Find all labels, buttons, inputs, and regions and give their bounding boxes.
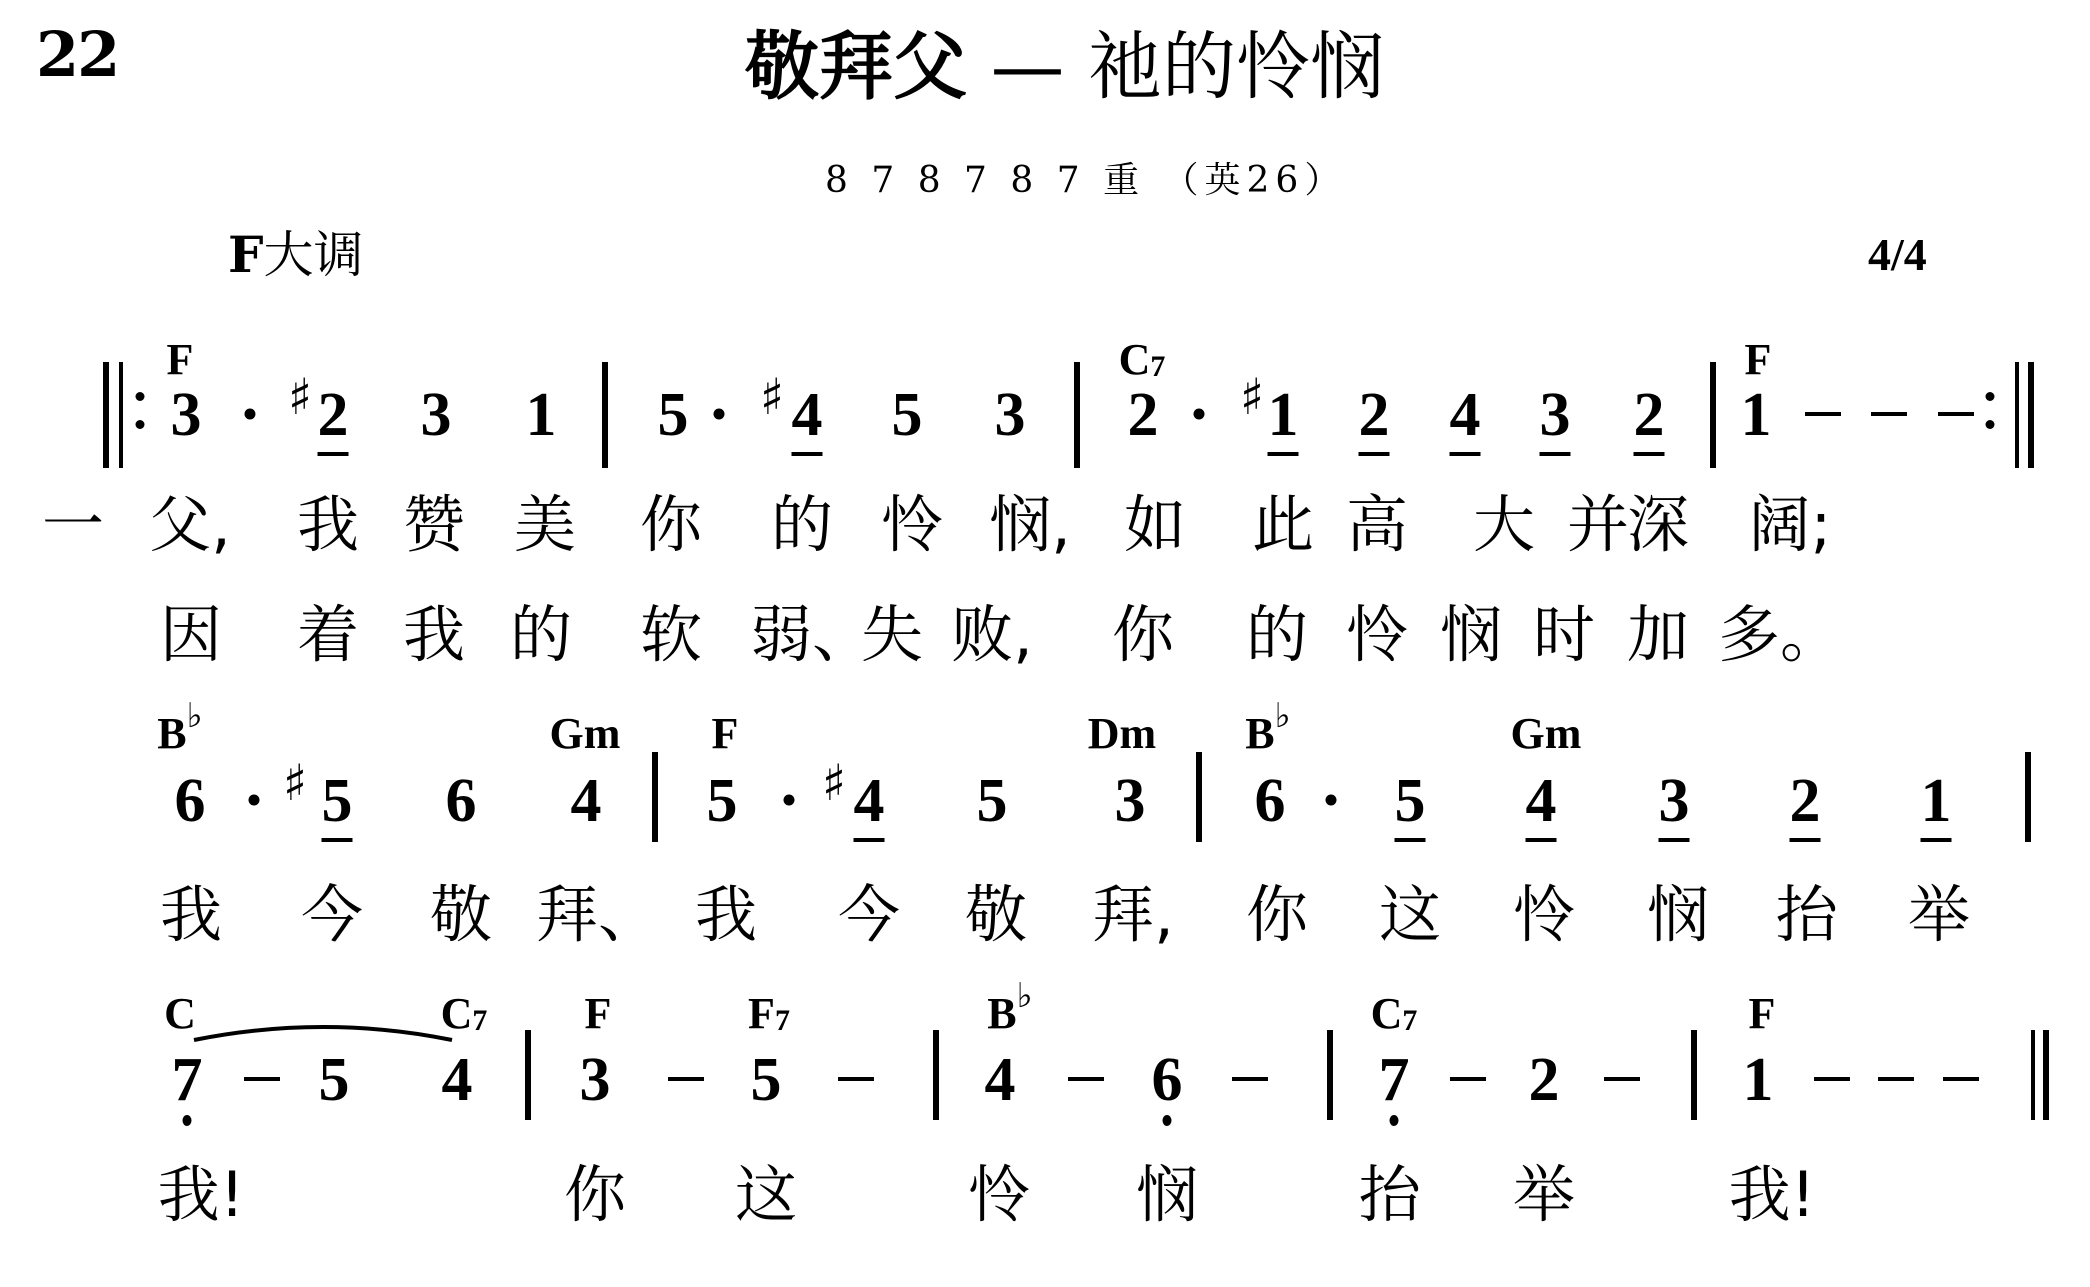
lyric-syllable: 软 [640,604,702,666]
lyric-syllable: 弱、 [750,604,874,666]
lyric-syllable: 的 [1246,604,1308,666]
note: 1 [1741,384,1772,446]
note: 2 [1529,1049,1560,1111]
note: 5 [751,1049,782,1111]
barline [602,362,608,468]
chord-symbol: C7 [441,992,488,1036]
lyric-syllable: 举 [1513,1164,1575,1226]
barline [119,362,123,468]
note: 7 [1379,1049,1410,1111]
barline [525,1030,531,1120]
chord-root: C [164,989,196,1038]
sustain-dash [1871,412,1907,416]
lyric-syllable: 父, [149,494,231,556]
chord-symbol: Gm [1511,712,1582,756]
lyric-syllable: 阔; [1749,494,1832,556]
lyric-syllable: 我 [160,884,222,946]
augmentation-dot [249,795,260,806]
note: 3 [1659,770,1690,832]
chord-root: B [157,709,186,758]
repeat-dot [136,392,145,401]
chord-extension: 7 [1150,350,1165,383]
chord-root: C [1119,335,1151,384]
sustain-dash [838,1077,874,1081]
chord-symbol: B♭ [987,992,1032,1036]
barline [1710,362,1716,468]
note: 2 [318,384,349,446]
note: 6 [175,770,206,832]
lyric-syllable: 今 [838,884,900,946]
lyric-syllable: 怜 [968,1164,1030,1226]
chord-symbol: F [585,992,612,1036]
note: 4 [1526,770,1557,832]
repeat-dot [136,420,145,429]
low-octave-dot [1390,1115,1399,1126]
sustain-dash [1604,1077,1640,1081]
barline [2025,752,2031,842]
sharp-icon: ♯ [760,372,784,422]
note: 4 [1450,384,1481,446]
lyric-syllable: 高 [1346,494,1408,556]
hymn-number: 22 [36,24,118,86]
lyric-syllable: 悯 [1136,1164,1198,1226]
note: 4 [792,384,823,446]
sharp-icon: ♯ [288,372,312,422]
barline [2015,362,2019,468]
lyric-syllable: 你 [564,1164,626,1226]
note: 4 [442,1049,473,1111]
note: 6 [446,770,477,832]
lyric-syllable: 拜、 [536,884,660,946]
lyric-syllable: 你 [1246,884,1308,946]
note: 3 [580,1049,611,1111]
time-signature: 4/4 [1868,232,1927,278]
barline [1196,752,1202,842]
chord-symbol: B♭ [157,712,202,756]
lyric-syllable: 敬 [965,884,1027,946]
chord-root: Gm [1511,709,1582,758]
page-title: 敬拜父 — 祂的怜悯 [745,30,1384,104]
barline [2028,362,2034,468]
barline [2043,1030,2049,1120]
note: 4 [854,770,885,832]
chord-root: Dm [1088,709,1156,758]
meter-label: 8 7 8 7 8 7 重 （英26） [825,163,1346,199]
lyric-syllable: 因 [160,604,222,666]
lyric-syllable: 悯 [1647,884,1709,946]
lyric-syllable: 拜, [1092,884,1174,946]
key-label: 大调 [264,226,364,284]
lyric-syllable: 你 [1112,604,1174,666]
chord-symbol: F [712,712,739,756]
note: 2 [1128,384,1159,446]
chord-root: F [748,989,775,1038]
lyric-syllable: 悯 [1440,604,1502,666]
lyric-syllable: 怜 [881,494,943,556]
lyric-syllable: 我 [297,494,359,556]
barline [1691,1030,1697,1120]
chord-extension: 7 [472,1004,487,1037]
chord-root: B [987,989,1016,1038]
lyric-syllable: 的 [510,604,572,666]
repeat-dot [1986,420,1995,429]
lyric-syllable: 这 [1379,884,1441,946]
sustain-dash [1878,1077,1914,1081]
chord-extension: 7 [1402,1004,1417,1037]
chord-symbol: C7 [1371,992,1418,1036]
note: 6 [1152,1049,1183,1111]
lyric-syllable: 举 [1908,884,1970,946]
sharp-icon: ♯ [1240,372,1264,422]
note: 4 [571,770,602,832]
chord-symbol: C7 [1119,338,1166,382]
lyric-syllable: 赞 [403,494,465,556]
note: 5 [319,1049,350,1111]
title-separator: — [967,24,1088,110]
sustain-dash [1943,1077,1979,1081]
note: 1 [526,384,557,446]
barline [1074,362,1080,468]
chord-root: F [1745,335,1772,384]
chord-root: F [1749,989,1776,1038]
lyric-syllable: 悯, [989,494,1071,556]
lyric-syllable: 失 [861,604,923,666]
chord-symbol: F [167,338,194,382]
sustain-dash [1068,1077,1104,1081]
lyric-syllable: 多。 [1718,604,1842,666]
chord-symbol: B♭ [1245,712,1290,756]
chord-root: F [712,709,739,758]
note: 3 [1115,770,1146,832]
note: 2 [1359,384,1390,446]
chord-symbol: C [164,992,196,1036]
lyric-syllable: 加 [1627,604,1689,666]
note: 2 [1790,770,1821,832]
note: 5 [1395,770,1426,832]
chord-symbol: F [1749,992,1776,1036]
note: 7 [172,1049,203,1111]
lyric-syllable: 大 [1473,494,1535,556]
lyric-syllable: 此 [1252,494,1314,556]
lyric-syllable: 我! [1729,1164,1816,1226]
barline [103,362,109,468]
key-letter: F [228,225,264,284]
augmentation-dot [245,409,256,420]
flat-icon: ♭ [187,698,203,735]
sharp-icon: ♯ [283,758,307,808]
note: 1 [1921,770,1952,832]
lyric-syllable: 我 [695,884,757,946]
sustain-dash [1805,412,1841,416]
flat-icon: ♭ [1275,698,1291,735]
chord-root: F [167,335,194,384]
chord-root: F [585,989,612,1038]
note: 5 [707,770,738,832]
note: 5 [658,384,689,446]
sustain-dash [1450,1077,1486,1081]
note: 5 [892,384,923,446]
note: 5 [322,770,353,832]
augmentation-dot [1326,795,1337,806]
augmentation-dot [1194,409,1205,420]
sustain-dash [244,1077,280,1081]
hymn-score-page: 22 敬拜父 — 祂的怜悯 8 7 8 7 8 7 重 （英26） F大调 4/… [0,0,2090,1287]
augmentation-dot [714,409,725,420]
lyric-syllable: 怜 [1346,604,1408,666]
chord-symbol: F [1745,338,1772,382]
lyric-syllable: 着 [297,604,359,666]
lyric-syllable: 怜 [1513,884,1575,946]
lyric-syllable: 我 [403,604,465,666]
chord-symbol: F7 [748,992,790,1036]
lyric-syllable: 你 [640,494,702,556]
note: 3 [1540,384,1571,446]
lyric-syllable: 败, [951,604,1033,666]
note: 1 [1268,384,1299,446]
note: 3 [421,384,452,446]
lyric-syllable: 如 [1124,494,1186,556]
sharp-icon: ♯ [822,758,846,808]
lyric-syllable: 时 [1533,604,1595,666]
lyric-syllable: 抬 [1776,884,1838,946]
lyric-syllable: 我! [158,1164,245,1226]
lyric-syllable: 敬 [430,884,492,946]
lyric-syllable: 美 [514,494,576,556]
note: 5 [977,770,1008,832]
augmentation-dot [784,795,795,806]
chord-root: Gm [550,709,621,758]
note: 2 [1634,384,1665,446]
note: 3 [171,384,202,446]
chord-root: C [1371,989,1403,1038]
note: 6 [1255,770,1286,832]
sustain-dash [1938,412,1974,416]
chord-symbol: Dm [1088,712,1156,756]
lyric-syllable: 深 [1627,494,1689,556]
lyric-syllable: 这 [735,1164,797,1226]
chord-root: B [1245,709,1274,758]
chord-symbol: Gm [550,712,621,756]
tie-arc [192,1020,454,1044]
chord-root: C [441,989,473,1038]
sustain-dash [1814,1077,1850,1081]
barline [652,752,658,842]
sustain-dash [668,1077,704,1081]
lyric-syllable: 抬 [1359,1164,1421,1226]
note: 1 [1743,1049,1774,1111]
low-octave-dot [1163,1115,1172,1126]
flat-icon: ♭ [1017,978,1033,1015]
chord-extension: 7 [775,1004,790,1037]
sustain-dash [1232,1077,1268,1081]
barline [933,1030,939,1120]
lyric-syllable: 并 [1567,494,1629,556]
note: 4 [985,1049,1016,1111]
key-signature: F大调 [228,230,364,280]
repeat-dot [1986,392,1995,401]
barline [1327,1030,1333,1120]
title-main: 敬拜父 [745,24,967,110]
title-sub: 祂的怜悯 [1088,24,1384,110]
lyric-syllable: 今 [301,884,363,946]
low-octave-dot [183,1115,192,1126]
verse-number: 一 [42,494,104,556]
barline [2031,1030,2035,1120]
note: 3 [995,384,1026,446]
lyric-syllable: 的 [771,494,833,556]
